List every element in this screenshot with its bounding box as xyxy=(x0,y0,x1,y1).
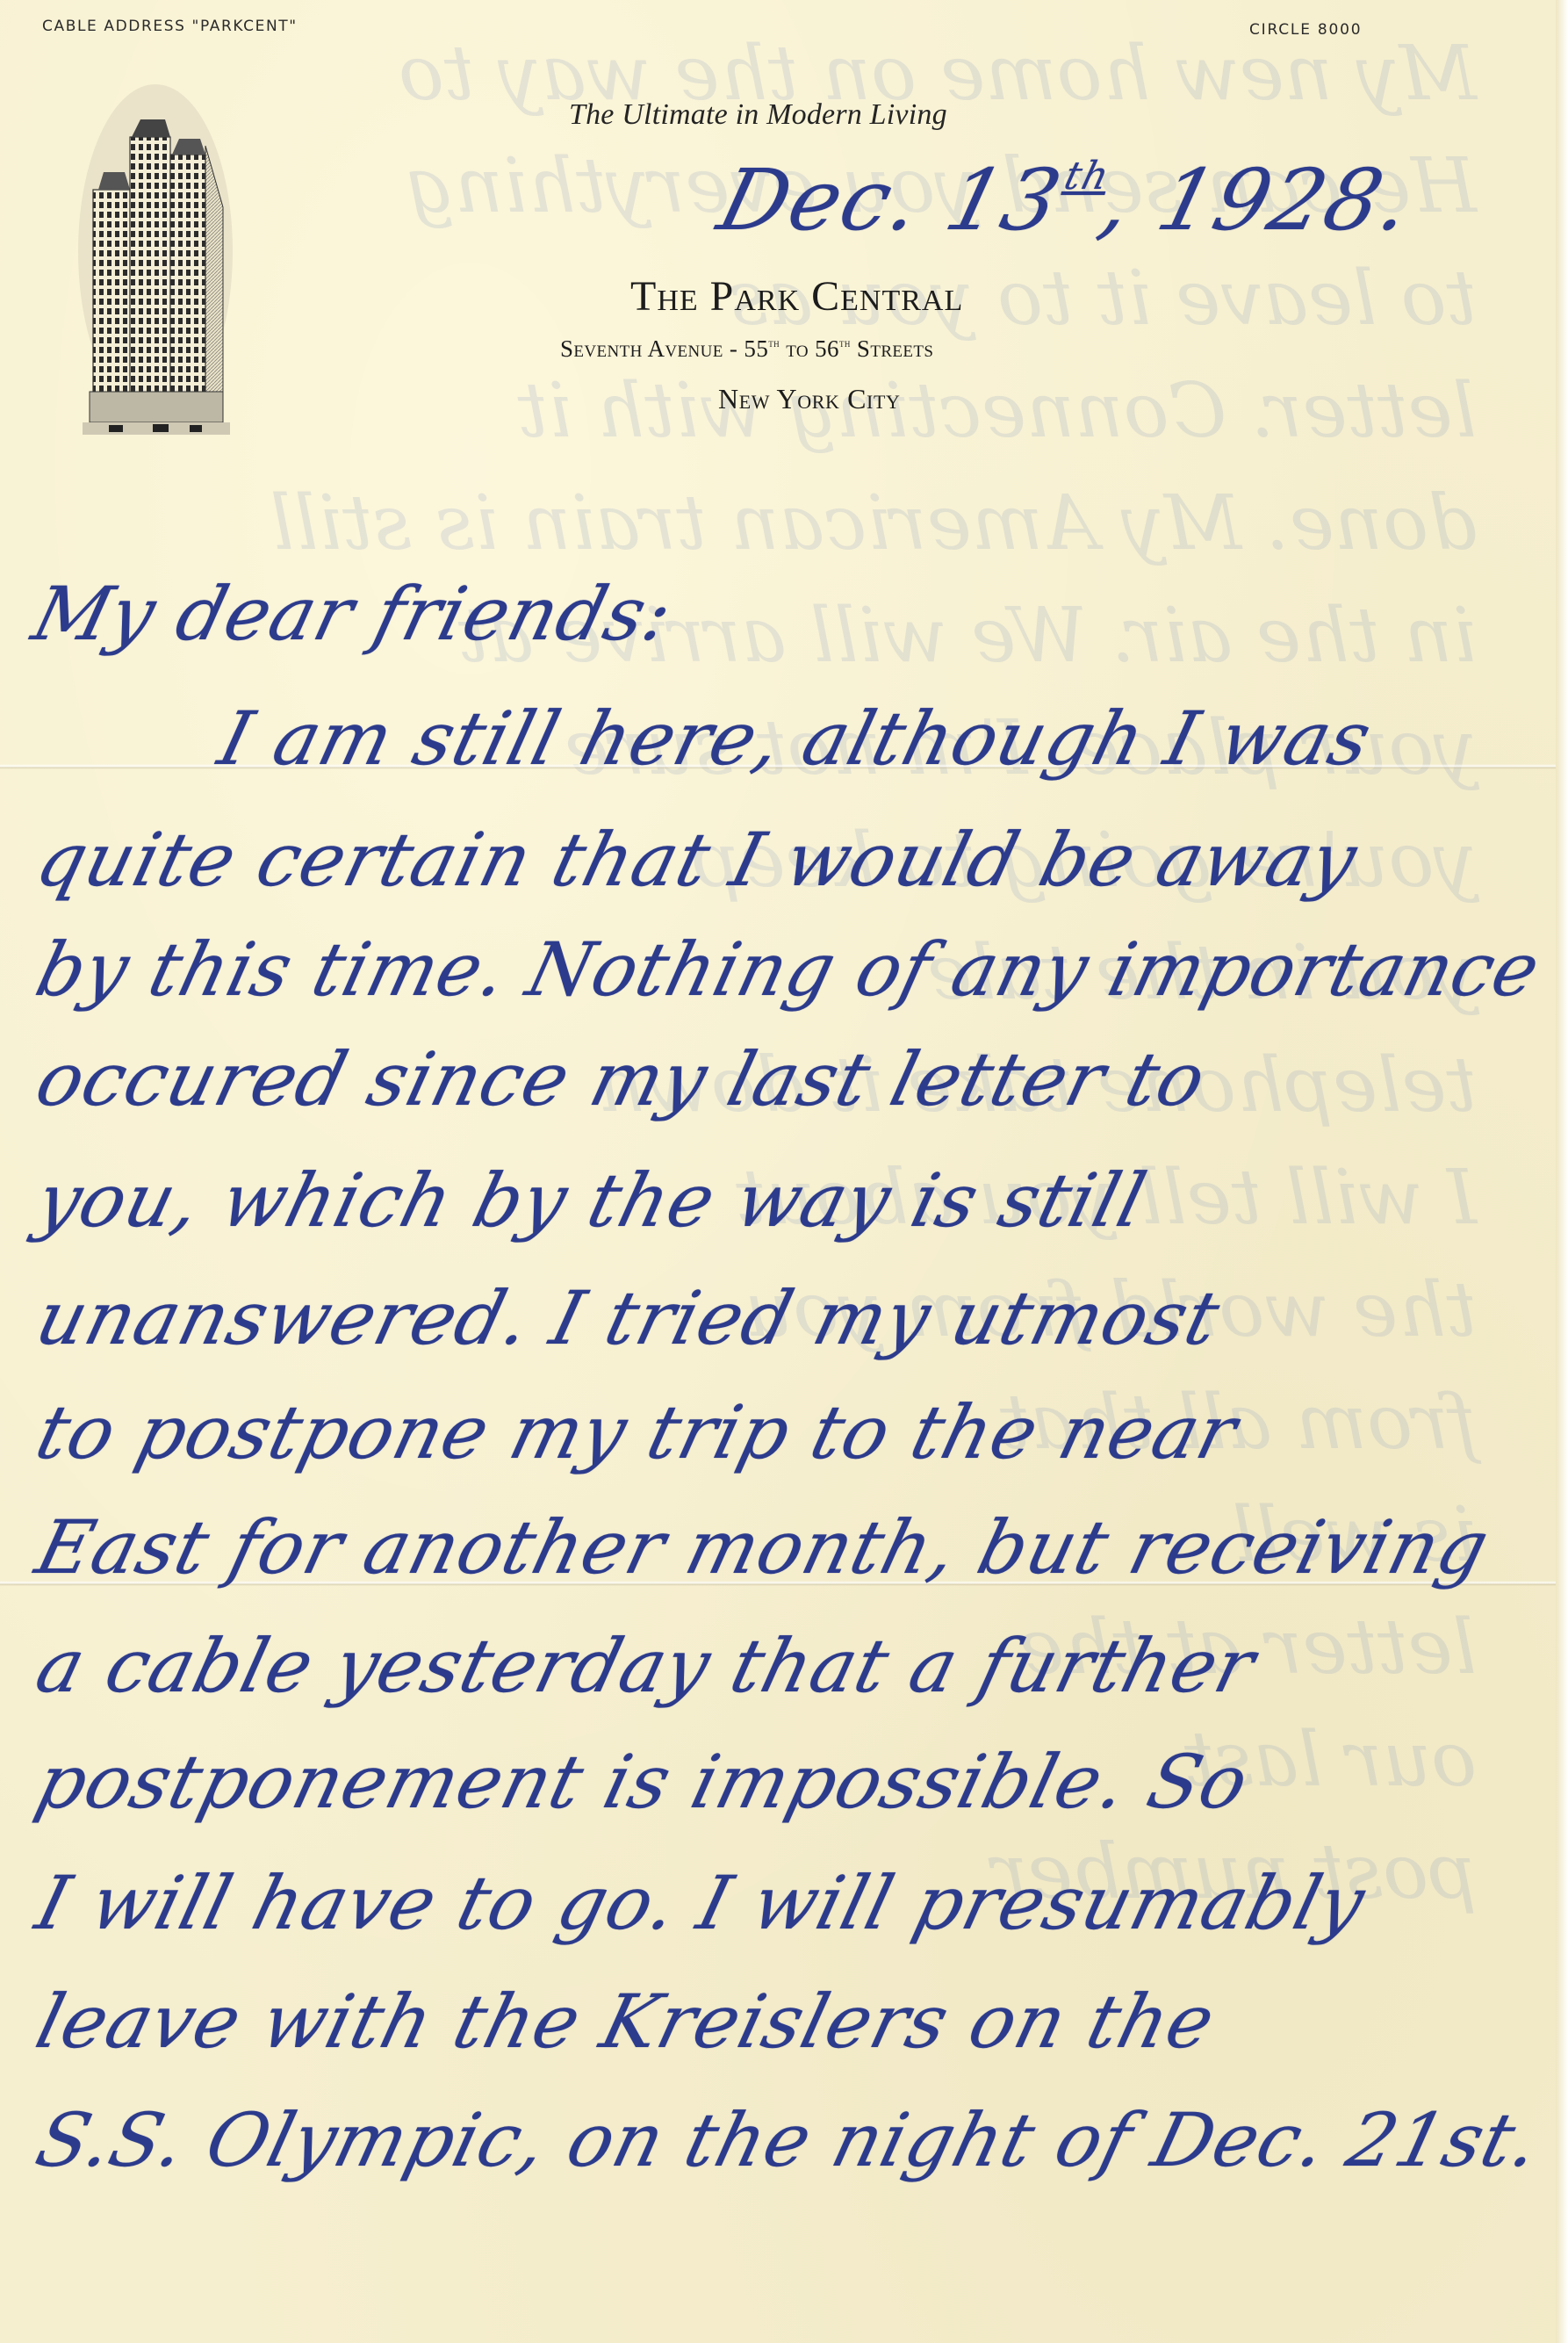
letter-line: I will have to go. I will presumably xyxy=(28,1860,1374,1946)
letter-line: occured since my last letter to xyxy=(28,1036,1214,1122)
phone-number: CIRCLE 8000 xyxy=(1249,21,1362,39)
hotel-tagline: The Ultimate in Modern Living xyxy=(569,98,947,132)
letter-line: you, which by the way is still xyxy=(28,1157,1154,1244)
letter-line: leave with the Kreislers on the xyxy=(28,1979,1224,2065)
date-year: , 1928. xyxy=(1091,151,1423,249)
letter-line: unanswered. I tried my utmost xyxy=(28,1275,1228,1361)
hotel-name: The Park Central xyxy=(630,272,963,321)
hotel-address: Seventh Avenue - 55th to 56th Streets xyxy=(560,335,933,363)
ordinal-suffix: th xyxy=(768,336,780,350)
letter-line: by this time. Nothing of any importance xyxy=(28,926,1549,1013)
cable-address: CABLE ADDRESS "PARKCENT" xyxy=(42,18,298,35)
letter-line: East for another month, but receiving xyxy=(28,1504,1498,1590)
letter-line: S.S. Olympic, on the night of Dec. 21st. xyxy=(28,2097,1549,2183)
address-text: Streets xyxy=(851,335,934,362)
ordinal-suffix: th xyxy=(839,336,851,350)
letter-line: to postpone my trip to the near xyxy=(28,1389,1246,1475)
hotel-city: New York City xyxy=(718,383,900,415)
letter-line: quite certain that I would be away xyxy=(28,817,1366,903)
salutation: My dear friends: xyxy=(25,571,681,657)
letter-line: a cable yesterday that a further xyxy=(28,1623,1264,1709)
hotel-building-engraving-icon xyxy=(74,84,237,444)
address-text: Seventh Avenue - 55 xyxy=(560,335,768,362)
address-text: to 56 xyxy=(780,335,839,362)
paper-edge xyxy=(1556,0,1568,2343)
letter-date: Dec. 13th, 1928. xyxy=(709,151,1423,249)
date-day: Dec. 13 xyxy=(709,151,1072,249)
letter-line: postponement is impossible. So xyxy=(28,1739,1257,1825)
letter-line: I am still here, although I was xyxy=(211,696,1380,782)
